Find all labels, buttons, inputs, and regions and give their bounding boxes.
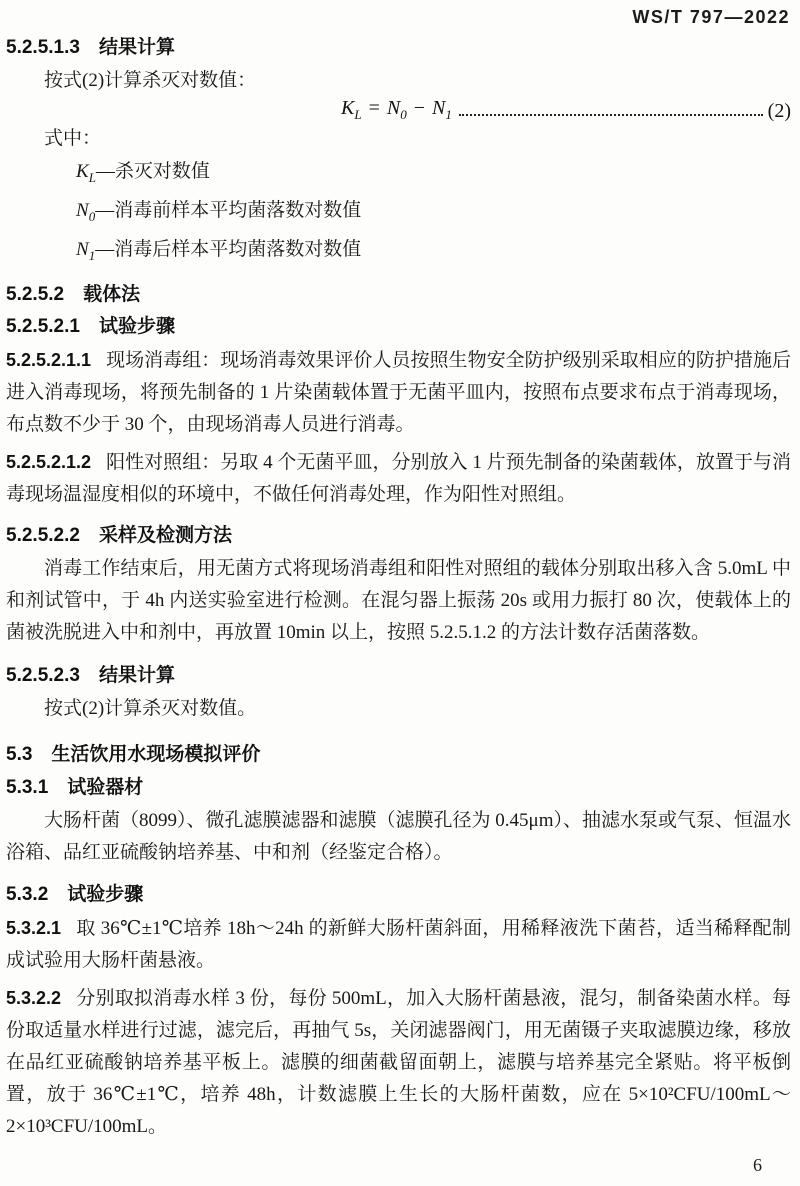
minus-sign: − [414,97,425,119]
formula-var-k-sub: L [354,107,361,122]
formula-var-n0: N [387,97,400,119]
heading-5-2-5-2-1: 5.2.5.2.1 试验步骤 [6,315,791,339]
document-page: WS/T 797—2022 5.2.5.1.3 结果计算 按式(2)计算杀灭对数… [0,0,800,1186]
formula-var-n1: N [432,97,445,119]
paragraph-equipment: 大肠杆菌（8099）、微孔滤膜滤器和滤膜（滤膜孔径为 0.45μm）、抽滤水泵或… [6,805,791,869]
page-number: 6 [753,1155,762,1176]
heading-5-3-1: 5.3.1 试验器材 [6,776,791,800]
dot-leader [459,114,763,116]
definition-symbol: N [76,200,89,221]
clause-text: 取 36℃±1℃培养 18h～24h 的新鲜大肠杆菌斜面，用稀释液洗下菌苔，适当… [6,918,791,971]
formula-expression: KL=N0−N1 [341,97,452,123]
formula-var-n0-sub: 0 [400,107,407,122]
definition-subscript: L [89,170,96,185]
heading-5-2-5-2: 5.2.5.2 载体法 [6,283,791,307]
definition-n0: N0—消毒前样本平均菌落数对数值 [76,194,791,233]
definition-description: —消毒后样本平均菌落数对数值 [95,239,361,260]
formula-var-n1-sub: 1 [445,107,452,122]
clause-number: 5.3.2.2 [6,988,61,1008]
standard-code: WS/T 797—2022 [632,7,790,28]
formula-var-k: K [341,97,354,119]
clause-text: 阳性对照组：另取 4 个无菌平皿，分别放入 1 片预先制备的染菌载体，放置于与消… [6,452,791,505]
heading-5-3: 5.3 生活饮用水现场模拟评价 [6,743,791,767]
clause-number: 5.2.5.2.1.1 [6,350,91,370]
clause-text: 现场消毒组：现场消毒效果评价人员按照生物安全防护级别采取相应的防护措施后进入消毒… [6,350,791,435]
clause-5-2-5-2-1-2: 5.2.5.2.1.2阳性对照组：另取 4 个无菌平皿，分别放入 1 片预先制备… [6,446,791,511]
clause-5-2-5-2-1-1: 5.2.5.2.1.1现场消毒组：现场消毒效果评价人员按照生物安全防护级别采取相… [6,344,791,441]
equals-sign: = [369,97,380,119]
clause-text: 分别取拟消毒水样 3 份，每份 500mL，加入大肠杆菌悬液，混匀，制备染菌水样… [6,988,791,1137]
definition-kl: KL—杀灭对数值 [76,155,791,194]
heading-5-3-2: 5.3.2 试验步骤 [6,883,791,907]
heading-5-2-5-1-3: 5.2.5.1.3 结果计算 [6,36,791,60]
heading-5-2-5-2-2: 5.2.5.2.2 采样及检测方法 [6,524,791,548]
clause-5-3-2-2: 5.3.2.2分别取拟消毒水样 3 份，每份 500mL，加入大肠杆菌悬液，混匀… [6,982,791,1143]
definition-description: —消毒前样本平均菌落数对数值 [95,200,361,221]
document-content: 5.2.5.1.3 结果计算 按式(2)计算杀灭对数值： KL=N0−N1 (2… [6,34,791,1143]
heading-5-2-5-2-3: 5.2.5.2.3 结果计算 [6,664,791,688]
clause-number: 5.2.5.2.1.2 [6,452,91,472]
paragraph-sampling-method: 消毒工作结束后，用无菌方式将现场消毒组和阳性对照组的载体分别取出移入含 5.0m… [6,553,791,649]
paragraph-result-calc-2: 按式(2)计算杀灭对数值。 [6,693,791,725]
clause-5-3-2-1: 5.3.2.1取 36℃±1℃培养 18h～24h 的新鲜大肠杆菌斜面，用稀释液… [6,912,791,977]
clause-number: 5.3.2.1 [6,918,61,938]
formula-number: (2) [768,100,791,123]
definition-description: —杀灭对数值 [96,161,210,182]
definition-symbol: K [76,161,89,182]
definition-n1: N1—消毒后样本平均菌落数对数值 [76,233,791,272]
definition-symbol: N [76,239,89,260]
formula-2: KL=N0−N1 (2) [341,97,791,123]
paragraph-formula-intro: 按式(2)计算杀灭对数值： [6,65,791,97]
paragraph-where: 式中： [6,123,791,155]
